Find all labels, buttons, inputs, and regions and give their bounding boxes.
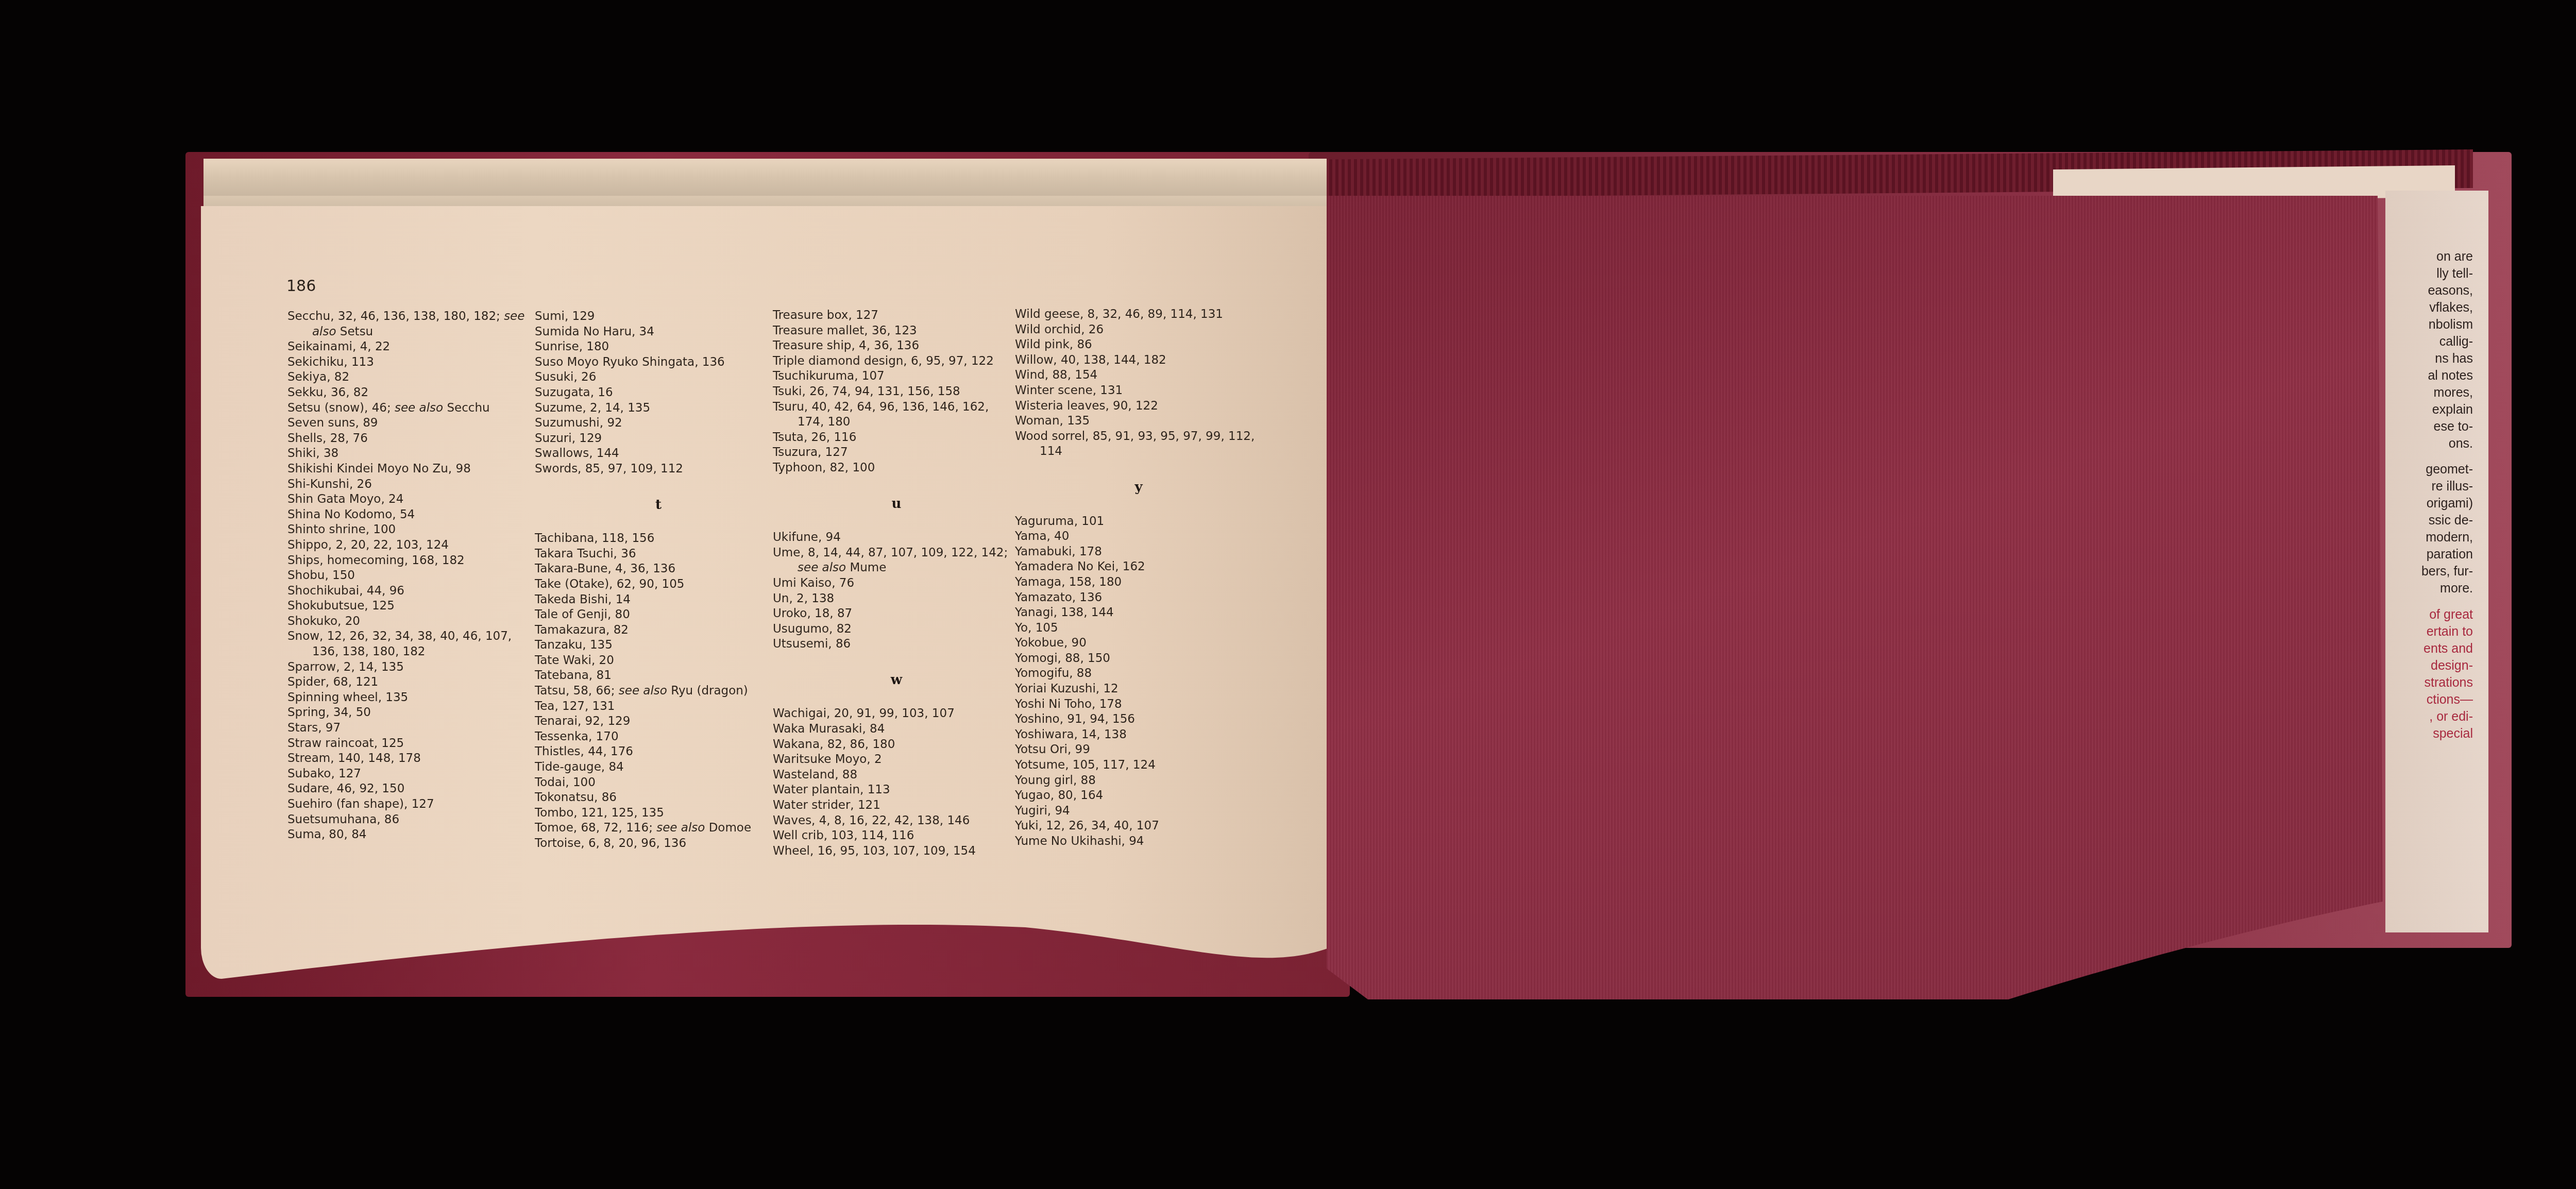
index-entry: Shochikubai, 44, 96 xyxy=(287,584,535,599)
index-entry: Wheel, 16, 95, 103, 107, 109, 154 xyxy=(773,844,1020,859)
index-entry: Shinto shrine, 100 xyxy=(287,522,535,538)
flap-text-line: on are xyxy=(2391,248,2473,265)
flap-text-line: easons, xyxy=(2391,282,2473,299)
index-entry: Sumida No Haru, 34 xyxy=(535,325,782,340)
section-letter-heading: u xyxy=(773,497,1020,512)
flap-text-block-2: geomet-re illus-origami)ssic de-modern,p… xyxy=(2391,461,2473,597)
index-entry: Sekichiku, 113 xyxy=(287,355,535,370)
index-entry: Yaguruma, 101 xyxy=(1015,514,1262,530)
index-entry: Water plantain, 113 xyxy=(773,783,1020,798)
index-entry: Yo, 105 xyxy=(1015,621,1262,636)
flap-text-line: design- xyxy=(2391,657,2473,674)
index-entry: Tatebana, 81 xyxy=(535,668,782,684)
index-entry: Tachibana, 118, 156 xyxy=(535,531,782,547)
index-entry: Woman, 135 xyxy=(1015,414,1262,429)
flap-text-line: ctions— xyxy=(2391,691,2473,708)
flap-text-line: lly tell- xyxy=(2391,265,2473,282)
index-entry: Triple diamond design, 6, 95, 97, 122 xyxy=(773,354,1020,369)
index-entry: Wakana, 82, 86, 180 xyxy=(773,737,1020,753)
index-entry: Typhoon, 82, 100 xyxy=(773,461,1020,476)
index-entry: Utsusemi, 86 xyxy=(773,637,1020,652)
index-entry: Subako, 127 xyxy=(287,767,535,782)
index-entry: Seikainami, 4, 22 xyxy=(287,339,535,355)
index-entry: Suso Moyo Ryuko Shingata, 136 xyxy=(535,355,782,370)
index-entry: Suzugata, 16 xyxy=(535,385,782,401)
index-column-1: Secchu, 32, 46, 136, 138, 180, 182; seea… xyxy=(287,309,535,843)
flap-text-line: , or edi- xyxy=(2391,708,2473,725)
index-entry-continuation: 114 xyxy=(1015,444,1262,460)
index-entry: Sekiya, 82 xyxy=(287,370,535,385)
flap-text-line: of great xyxy=(2391,606,2473,623)
index-entry: Suzume, 2, 14, 135 xyxy=(535,401,782,416)
index-entry: Tortoise, 6, 8, 20, 96, 136 xyxy=(535,836,782,852)
section-letter-heading: y xyxy=(1015,480,1262,496)
index-entry: Treasure ship, 4, 36, 136 xyxy=(773,338,1020,354)
index-entry: Yomogi, 88, 150 xyxy=(1015,651,1262,667)
index-entry: Tomoe, 68, 72, 116; see also Domoe xyxy=(535,821,782,836)
index-column-4: Wild geese, 8, 32, 46, 89, 114, 131Wild … xyxy=(1015,307,1262,850)
index-column-2: Sumi, 129Sumida No Haru, 34Sunrise, 180S… xyxy=(535,309,782,852)
page-stack-edge xyxy=(204,159,1327,197)
flap-text-line: nbolism xyxy=(2391,316,2473,333)
flap-text-line: strations xyxy=(2391,674,2473,691)
index-entry-continuation: also Setsu xyxy=(287,325,535,340)
flap-text-line: special xyxy=(2391,725,2473,742)
index-entry: Shokuko, 20 xyxy=(287,614,535,630)
index-entry: Susuki, 26 xyxy=(535,370,782,385)
index-entry: Tenarai, 92, 129 xyxy=(535,714,782,729)
red-endpaper xyxy=(1327,196,2403,999)
index-entry: Tsuki, 26, 74, 94, 131, 156, 158 xyxy=(773,384,1020,400)
index-entry: Tea, 127, 131 xyxy=(535,699,782,715)
index-entry: Secchu, 32, 46, 136, 138, 180, 182; see xyxy=(287,309,535,325)
index-entry: Shina No Kodomo, 54 xyxy=(287,507,535,523)
index-entry: Spring, 34, 50 xyxy=(287,705,535,721)
flap-text-line: paration xyxy=(2391,546,2473,563)
index-entry: Yomogifu, 88 xyxy=(1015,666,1262,682)
index-entry: Winter scene, 131 xyxy=(1015,383,1262,399)
index-entry: Sunrise, 180 xyxy=(535,339,782,355)
index-entry: Take (Otake), 62, 90, 105 xyxy=(535,577,782,592)
index-entry: Tsuchikuruma, 107 xyxy=(773,369,1020,384)
index-entry: Sumi, 129 xyxy=(535,309,782,325)
index-entry: Yotsu Ori, 99 xyxy=(1015,742,1262,758)
index-entry: Tatsu, 58, 66; see also Ryu (dragon) xyxy=(535,684,782,699)
index-entry: Tsuta, 26, 116 xyxy=(773,430,1020,446)
index-entry: Wood sorrel, 85, 91, 93, 95, 97, 99, 112… xyxy=(1015,429,1262,445)
index-entry: Treasure mallet, 36, 123 xyxy=(773,324,1020,339)
index-column-3: Treasure box, 127Treasure mallet, 36, 12… xyxy=(773,308,1020,859)
index-entry: Stars, 97 xyxy=(287,721,535,736)
index-entry: Setsu (snow), 46; see also Secchu xyxy=(287,401,535,416)
index-entry: Swords, 85, 97, 109, 112 xyxy=(535,462,782,477)
flap-text-line: modern, xyxy=(2391,529,2473,546)
index-entry: Takara Tsuchi, 36 xyxy=(535,547,782,562)
index-entry-continuation: 136, 138, 180, 182 xyxy=(287,644,535,660)
flap-text-line: vflakes, xyxy=(2391,299,2473,316)
index-entry: Tessenka, 170 xyxy=(535,729,782,745)
index-entry: Umi Kaiso, 76 xyxy=(773,576,1020,591)
index-entry: Wachigai, 20, 91, 99, 103, 107 xyxy=(773,706,1020,722)
index-entry: Yugiri, 94 xyxy=(1015,804,1262,819)
index-entry: Wild pink, 86 xyxy=(1015,337,1262,353)
index-entry: Shiki, 38 xyxy=(287,446,535,462)
index-entry: Wind, 88, 154 xyxy=(1015,368,1262,383)
index-entry: Shi-Kunshi, 26 xyxy=(287,477,535,492)
index-entry: Waka Murasaki, 84 xyxy=(773,722,1020,737)
index-entry: Yume No Ukihashi, 94 xyxy=(1015,834,1262,850)
index-entry: Takara-Bune, 4, 36, 136 xyxy=(535,562,782,577)
index-entry: Yoriai Kuzushi, 12 xyxy=(1015,682,1262,697)
index-entry: Tanzaku, 135 xyxy=(535,638,782,653)
index-entry: Wild geese, 8, 32, 46, 89, 114, 131 xyxy=(1015,307,1262,322)
index-entry: Suetsumuhana, 86 xyxy=(287,812,535,828)
index-entry: Todai, 100 xyxy=(535,775,782,791)
index-entry: Tokonatsu, 86 xyxy=(535,790,782,806)
index-entry: Shells, 28, 76 xyxy=(287,431,535,447)
index-entry: Tsuru, 40, 42, 64, 96, 136, 146, 162, xyxy=(773,400,1020,415)
flap-text-line: geomet- xyxy=(2391,461,2473,478)
flap-text-line: ns has xyxy=(2391,350,2473,367)
page-number: 186 xyxy=(286,277,316,295)
index-entry: Thistles, 44, 176 xyxy=(535,744,782,760)
flap-text-line: mores, xyxy=(2391,384,2473,401)
index-entry: Yugao, 80, 164 xyxy=(1015,788,1262,804)
index-entry: Ume, 8, 14, 44, 87, 107, 109, 122, 142; xyxy=(773,546,1020,561)
flap-text-line: ese to- xyxy=(2391,418,2473,435)
section-letter-heading: t xyxy=(535,498,782,513)
index-entry: Suma, 80, 84 xyxy=(287,827,535,843)
index-entry: Waves, 4, 8, 16, 22, 42, 138, 146 xyxy=(773,813,1020,829)
flap-text-line: ssic de- xyxy=(2391,512,2473,529)
index-entry: Sekku, 36, 82 xyxy=(287,385,535,401)
index-entry: Usugumo, 82 xyxy=(773,622,1020,637)
index-entry: Yanagi, 138, 144 xyxy=(1015,605,1262,621)
index-entry: Shobu, 150 xyxy=(287,568,535,584)
index-entry: Suehiro (fan shape), 127 xyxy=(287,797,535,812)
flap-text-line: explain xyxy=(2391,401,2473,418)
index-entry: Shikishi Kindei Moyo No Zu, 98 xyxy=(287,462,535,477)
index-entry: Young girl, 88 xyxy=(1015,773,1262,789)
index-entry-continuation: see also Mume xyxy=(773,560,1020,576)
flap-text-block-1: on arelly tell-easons,vflakes,nbolismcal… xyxy=(2391,248,2473,452)
index-entry: Takeda Bishi, 14 xyxy=(535,592,782,608)
index-entry: Tate Waki, 20 xyxy=(535,653,782,669)
index-entry: Yama, 40 xyxy=(1015,529,1262,545)
flap-text-line: ents and xyxy=(2391,640,2473,657)
index-entry-continuation: 174, 180 xyxy=(773,415,1020,430)
index-entry: Tale of Genji, 80 xyxy=(535,607,782,623)
index-entry: Spider, 68, 121 xyxy=(287,675,535,690)
index-entry: Shokubutsue, 125 xyxy=(287,599,535,614)
index-entry: Tombo, 121, 125, 135 xyxy=(535,806,782,821)
index-entry: Shippo, 2, 20, 22, 103, 124 xyxy=(287,538,535,553)
index-entry: Ukifune, 94 xyxy=(773,530,1020,546)
flap-text-line: more. xyxy=(2391,580,2473,597)
index-entry: Treasure box, 127 xyxy=(773,308,1020,324)
index-entry: Water strider, 121 xyxy=(773,798,1020,813)
index-entry: Ships, homecoming, 168, 182 xyxy=(287,553,535,569)
index-entry: Straw raincoat, 125 xyxy=(287,736,535,752)
section-letter-heading: w xyxy=(773,673,1020,688)
index-entry: Tide-gauge, 84 xyxy=(535,760,782,775)
flap-text-line: callig- xyxy=(2391,333,2473,350)
flap-text-block-3: of greatertain toents anddesign-stration… xyxy=(2391,606,2473,742)
index-entry: Uroko, 18, 87 xyxy=(773,606,1020,622)
index-entry: Wisteria leaves, 90, 122 xyxy=(1015,399,1262,414)
index-entry: Un, 2, 138 xyxy=(773,591,1020,607)
index-entry: Spinning wheel, 135 xyxy=(287,690,535,706)
index-entry: Tamakazura, 82 xyxy=(535,623,782,638)
index-entry: Yuki, 12, 26, 34, 40, 107 xyxy=(1015,819,1262,834)
index-entry: Snow, 12, 26, 32, 34, 38, 40, 46, 107, xyxy=(287,629,535,644)
index-entry: Shin Gata Moyo, 24 xyxy=(287,492,535,507)
index-entry: Yamaga, 158, 180 xyxy=(1015,575,1262,590)
index-entry: Wasteland, 88 xyxy=(773,768,1020,783)
flap-text-line: origami) xyxy=(2391,495,2473,512)
index-entry: Yoshino, 91, 94, 156 xyxy=(1015,712,1262,727)
index-entry: Wild orchid, 26 xyxy=(1015,322,1262,338)
index-entry: Willow, 40, 138, 144, 182 xyxy=(1015,353,1262,368)
index-entry: Yoshiwara, 14, 138 xyxy=(1015,727,1262,743)
index-entry: Sudare, 46, 92, 150 xyxy=(287,782,535,797)
index-entry: Swallows, 144 xyxy=(535,446,782,462)
index-entry: Yokobue, 90 xyxy=(1015,636,1262,651)
index-entry: Tsuzura, 127 xyxy=(773,445,1020,461)
index-entry: Yamabuki, 178 xyxy=(1015,545,1262,560)
flap-text-line: al notes xyxy=(2391,367,2473,384)
index-entry: Stream, 140, 148, 178 xyxy=(287,751,535,767)
index-entry: Yamadera No Kei, 162 xyxy=(1015,559,1262,575)
index-entry: Sparrow, 2, 14, 135 xyxy=(287,660,535,675)
index-entry: Yotsume, 105, 117, 124 xyxy=(1015,758,1262,773)
index-entry: Waritsuke Moyo, 2 xyxy=(773,752,1020,768)
flap-text-line: re illus- xyxy=(2391,478,2473,495)
flap-text-line: ertain to xyxy=(2391,623,2473,640)
index-entry: Well crib, 103, 114, 116 xyxy=(773,828,1020,844)
flap-text-line: bers, fur- xyxy=(2391,563,2473,580)
index-entry: Suzumushi, 92 xyxy=(535,416,782,431)
index-entry: Suzuri, 129 xyxy=(535,431,782,447)
flap-text-line: ons. xyxy=(2391,435,2473,452)
index-entry: Yamazato, 136 xyxy=(1015,590,1262,606)
index-entry: Yoshi Ni Toho, 178 xyxy=(1015,697,1262,712)
index-entry: Seven suns, 89 xyxy=(287,416,535,431)
